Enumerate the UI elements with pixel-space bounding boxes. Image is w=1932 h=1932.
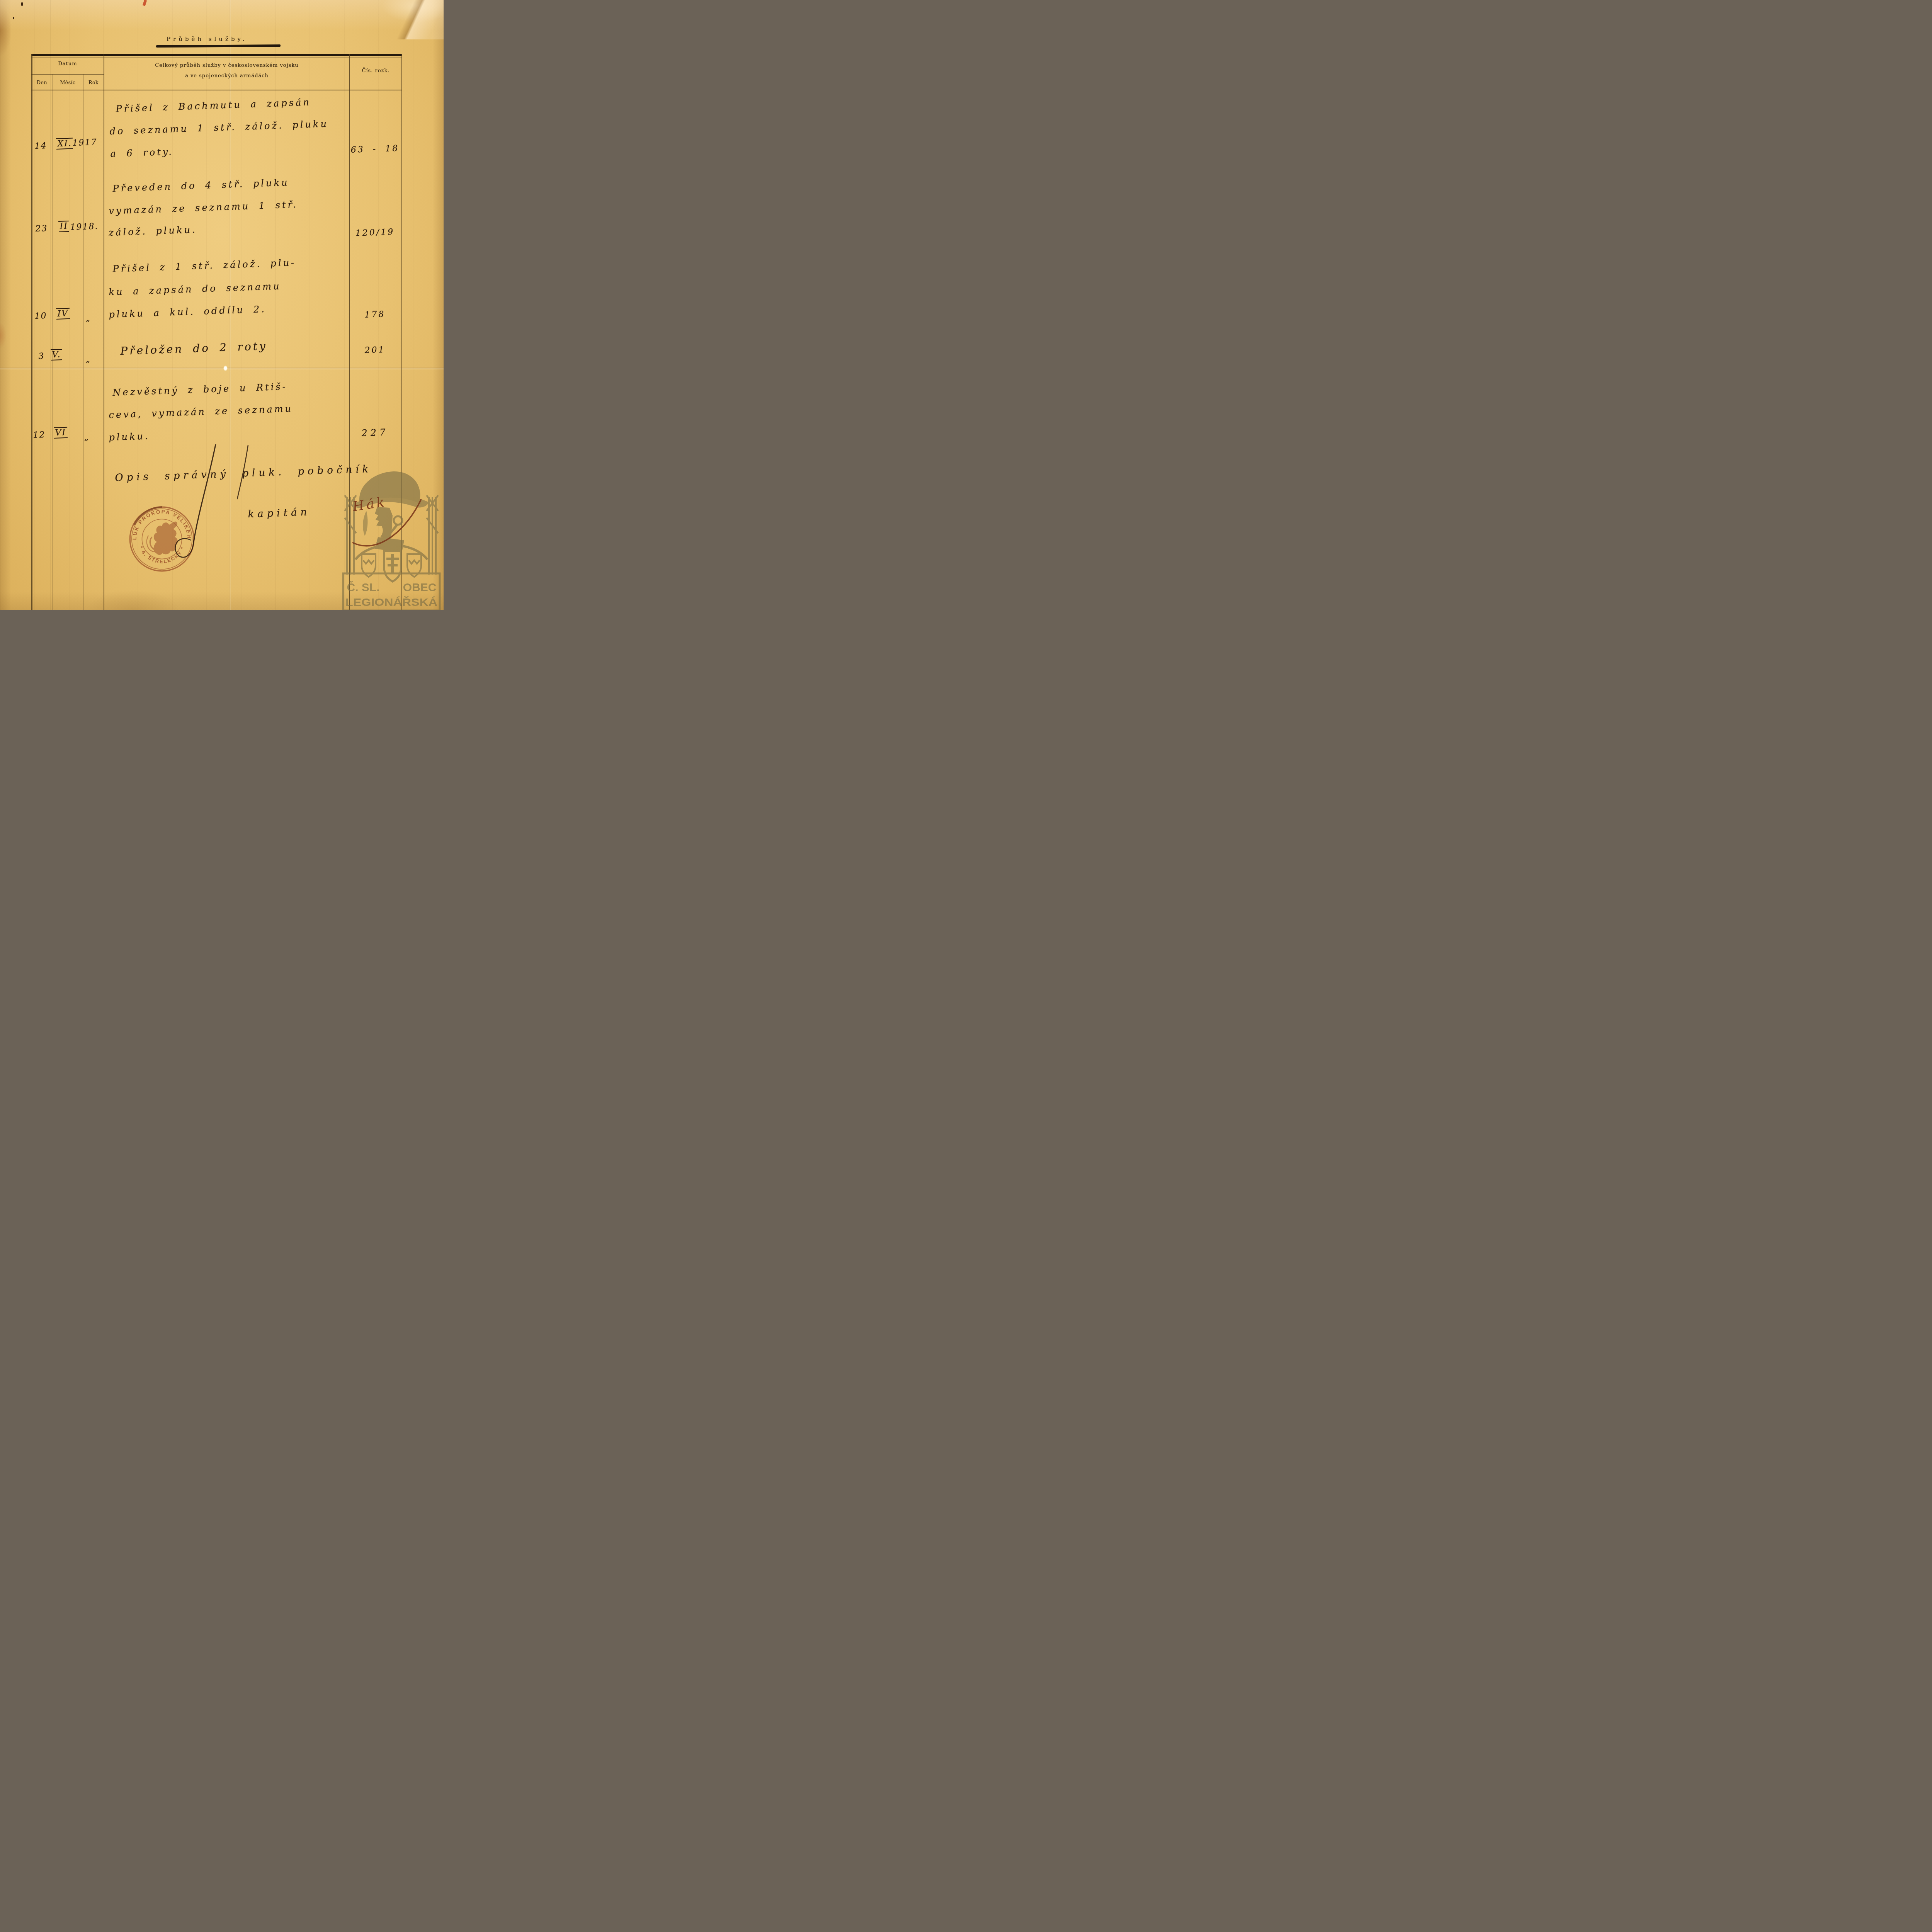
legion-watermark-emblem: Č. SL. OBEC LEGIONÁŘSKÁ [339, 457, 444, 610]
ink-speck [21, 2, 23, 6]
horizontal-fold-crease [0, 367, 444, 369]
entry-4-cis-rozk: 201 [350, 344, 400, 356]
table-border-left [31, 54, 32, 610]
entry-2-den: 23 [35, 224, 48, 234]
entry-2-line-2: vymazán ze seznamu 1 stř. [109, 199, 298, 216]
entry-3-line-3: pluku a kul. oddílu 2. [109, 304, 266, 320]
entry-1-den: 14 [34, 141, 47, 151]
entry-3-rok: „ [85, 314, 91, 323]
logo-text-csl: Č. SL. [347, 581, 379, 594]
entry-2-line-1: Převeden do 4 stř. pluku [112, 177, 289, 194]
header-datum: Datum [31, 61, 104, 67]
entry-1-cis-rozk: 63 - 18 [350, 143, 400, 155]
scanned-document-page: Průběh služby. Datum Den Měsíc Rok Celko… [0, 0, 444, 610]
center-shield-double-cross [384, 551, 401, 582]
title-underline [156, 44, 281, 48]
logo-text-obec: OBEC [403, 581, 437, 594]
entry-4-mesic: V. [51, 349, 62, 361]
page-title: Průběh služby. [167, 36, 247, 43]
stamp-lion-emblem [147, 522, 178, 555]
entry-3-line-2: ku a zapsán do seznamu [109, 281, 281, 298]
entry-5-den: 12 [33, 430, 46, 440]
regimental-round-stamp: PLUK PROKOPA VELIKÉHO * 4. STŘELECKÝ * [126, 503, 197, 575]
closing-rank: kapitán [248, 506, 311, 520]
entry-3-cis-rozk: 178 [350, 309, 400, 320]
header-bottom-divider [31, 90, 402, 90]
header-cis-rozk: Čís. rozk. [350, 68, 401, 74]
closing-attest-line: Opis správný pluk. pobočník [115, 463, 372, 484]
header-main-line1: Celkový průběh služby v československém … [104, 63, 349, 68]
entry-5-mesic: VI [54, 427, 68, 439]
entry-1-line-1: Přišel z Bachmutu a zapsán [116, 97, 311, 114]
fold-hole [223, 366, 228, 371]
entry-2-mesic: II [58, 221, 69, 232]
entry-5-line-1: Nezvěstný z boje u Rtiš- [112, 381, 287, 398]
entry-3-mesic: IV [56, 308, 70, 320]
col-divider-datum-main [104, 54, 104, 610]
entry-4-den: 3 [38, 351, 45, 361]
vertical-crease-left [50, 0, 51, 610]
col-divider-den-mesic [53, 74, 53, 610]
entry-2-line-3: zálož. pluku. [109, 224, 197, 238]
ink-speck [13, 17, 14, 19]
header-den: Den [31, 80, 53, 85]
logo-text-legionarska: LEGIONÁŘSKÁ [345, 596, 437, 608]
entry-3-line-1: Přišel z 1 stř. zálož. plu- [112, 257, 296, 274]
header-rok: Rok [83, 80, 104, 85]
col-divider-mesic-rok [83, 74, 83, 610]
entry-5-line-3: pluku. [109, 430, 150, 443]
table-top-border-thin [31, 58, 402, 58]
entry-4-rok: „ [85, 355, 91, 364]
entry-1-line-2: do seznamu 1 stř. zálož. pluku [109, 118, 328, 137]
entry-3-den: 10 [34, 311, 47, 321]
entry-5-line-2: ceva, vymazán ze seznamu [109, 403, 293, 420]
datum-subheader-divider [31, 74, 104, 75]
header-mesic: Měsíc [53, 80, 83, 85]
entry-1-line-3: a 6 roty. [110, 146, 173, 159]
red-mark [143, 0, 147, 6]
header-main-line2: a ve spojeneckých armádách [104, 73, 349, 79]
entry-5-cis-rozk: 227 [350, 426, 400, 439]
table-top-border-heavy [31, 54, 402, 56]
entry-2-cis-rozk: 120/19 [350, 227, 400, 238]
entry-5-rok: „ [84, 433, 89, 442]
torn-corner [386, 0, 444, 39]
entry-1-mesic: XI. [56, 138, 73, 150]
entry-2-rok: 1918. [70, 221, 99, 232]
entry-1-rok: 1917 [72, 138, 97, 148]
right-column-ornament [427, 495, 438, 575]
entry-4-line-1: Přeložen do 2 roty [120, 340, 267, 357]
